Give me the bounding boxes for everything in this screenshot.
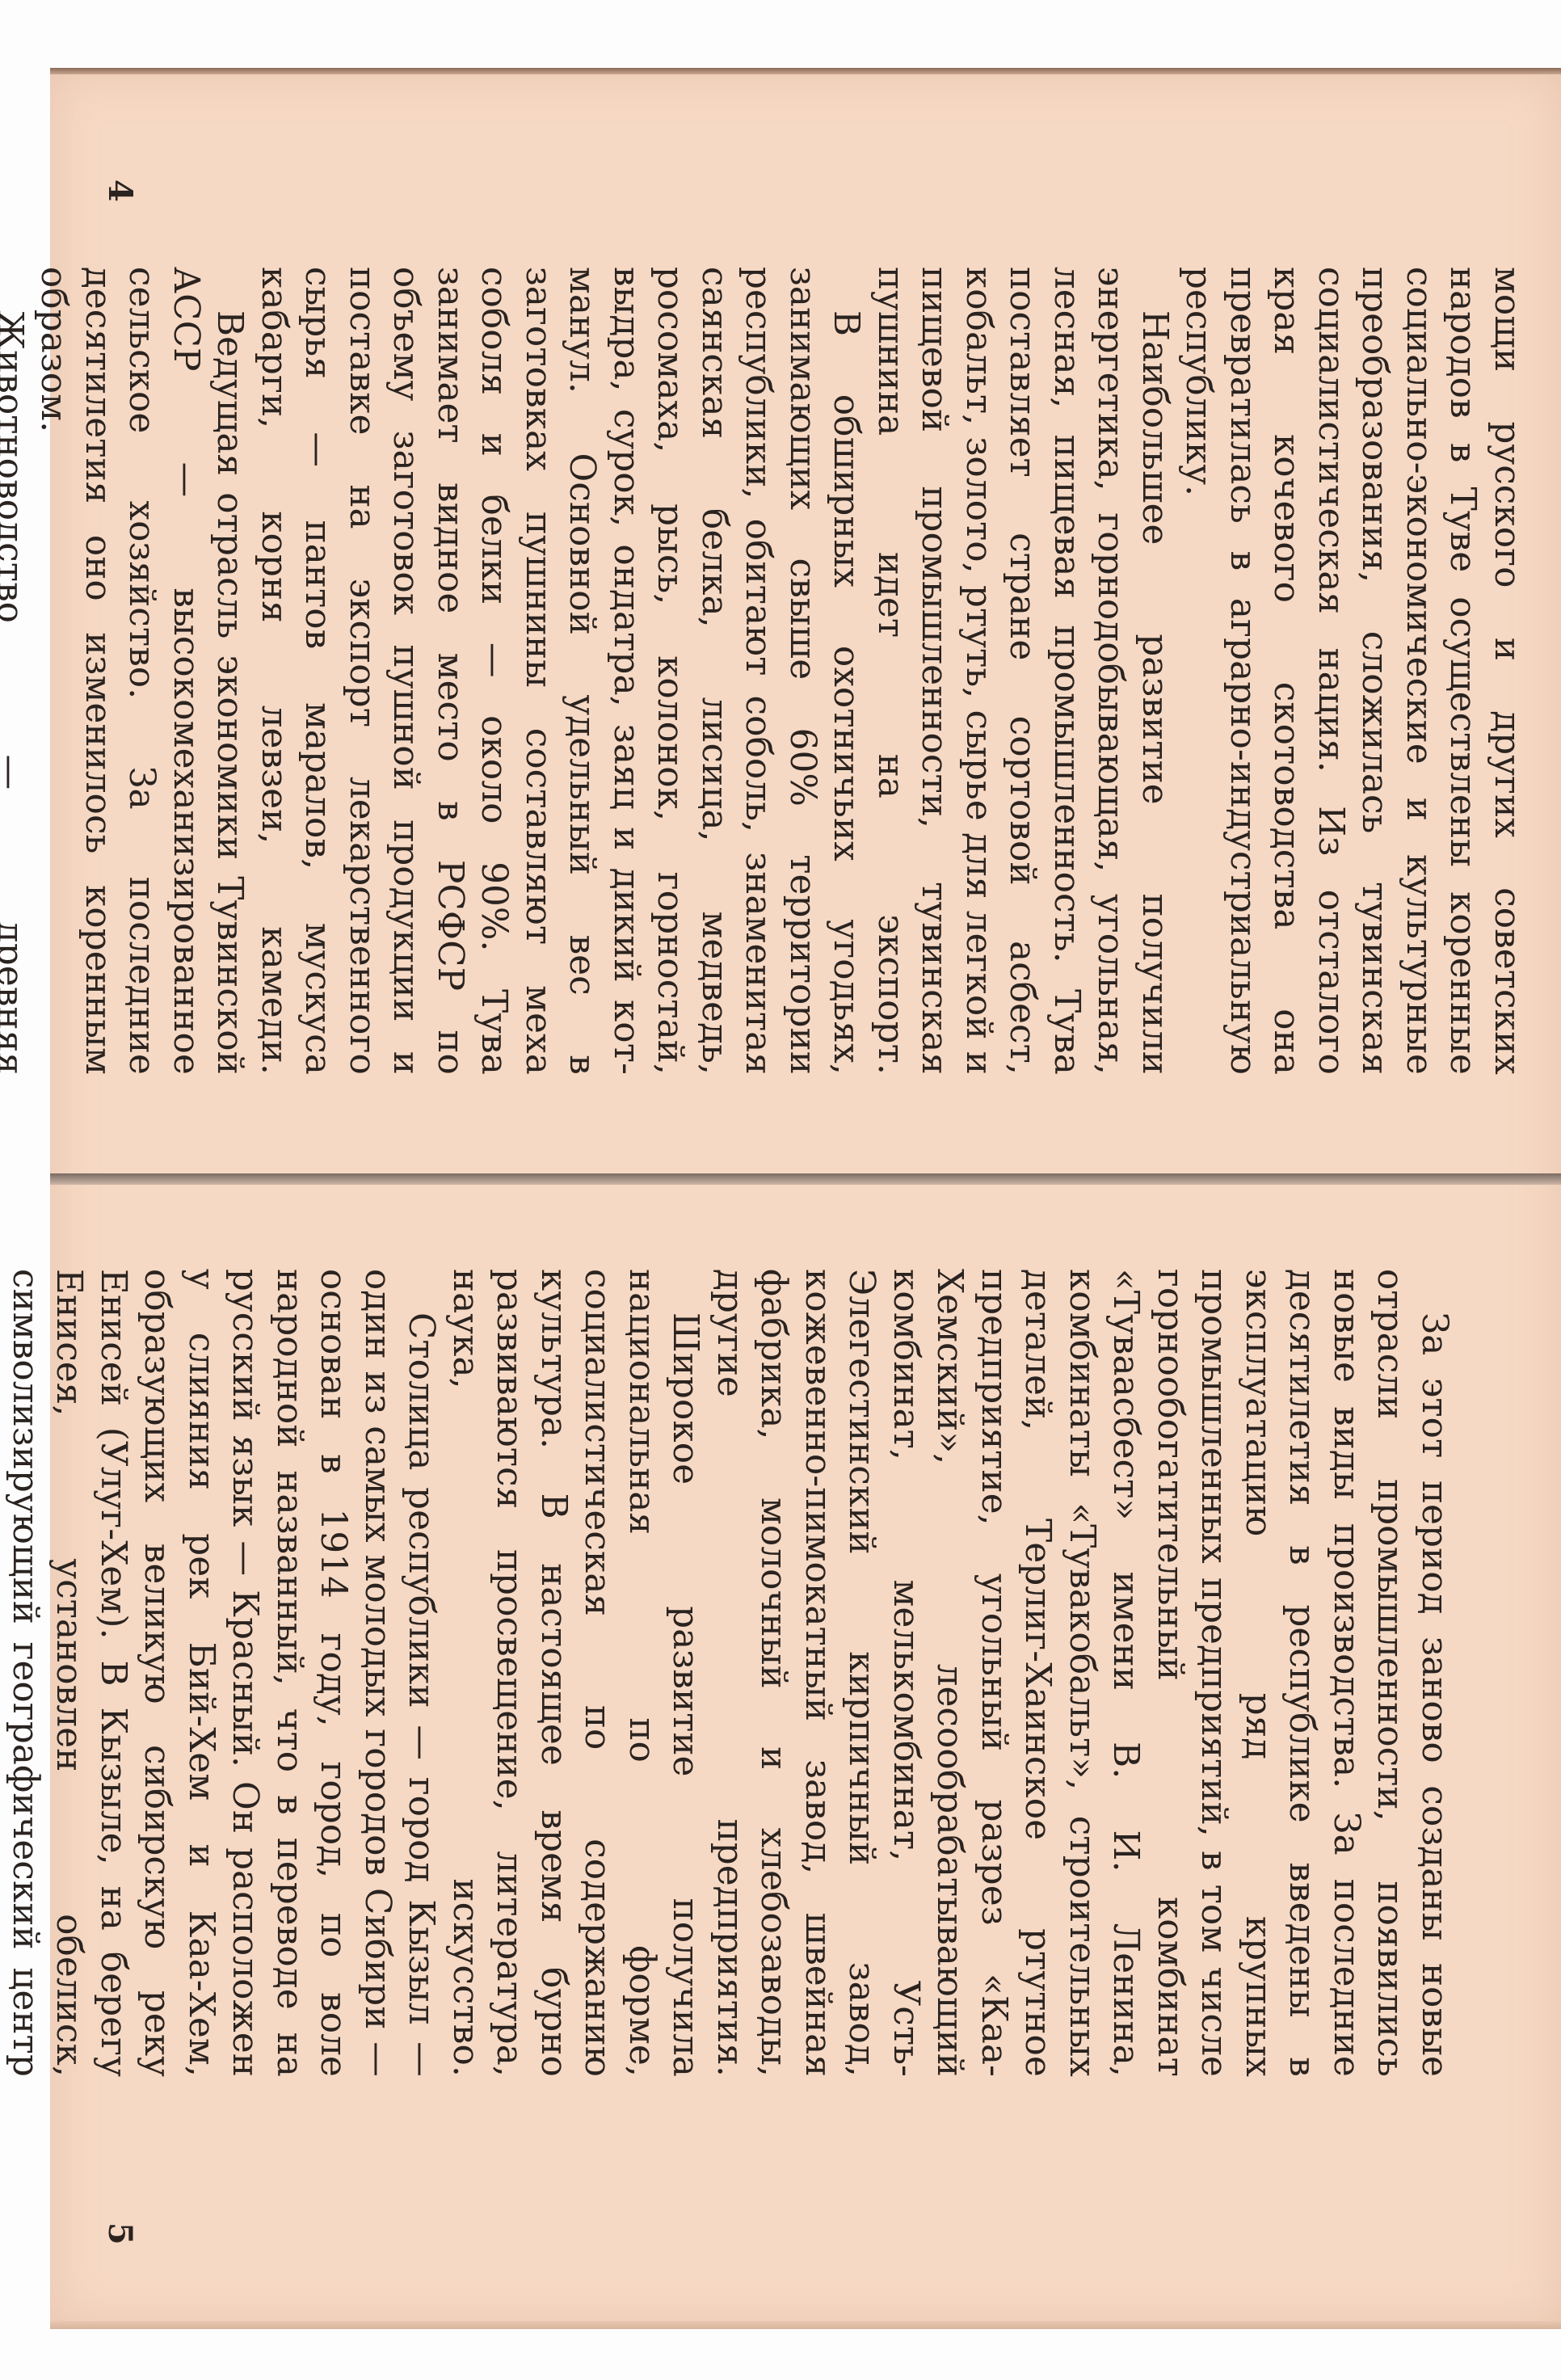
page-number: 5 xyxy=(101,2222,139,2245)
book-gutter xyxy=(50,1173,1561,1185)
paragraph: Животноводство — древняя традиционная от… xyxy=(0,267,32,1075)
page-4-body: мощи русского и других советских народов… xyxy=(0,267,1529,1075)
paragraph: Столица республики — город Кызыл — один … xyxy=(0,1269,444,2077)
page-edge-top xyxy=(50,68,1561,74)
paragraph: мощи русского и других советских народов… xyxy=(1176,267,1529,1075)
page-number: 4 xyxy=(101,179,139,202)
page-5: За этот период заново созданы новые отра… xyxy=(50,1188,1561,2319)
paragraph: Наибольшее развитие получили энергетика,… xyxy=(869,267,1177,1075)
page-edge-bottom xyxy=(50,2321,1561,2329)
page-5-body: За этот период заново созданы новые отра… xyxy=(0,1269,1456,2077)
paragraph: Широкое развитие получила национальная п… xyxy=(444,1269,708,2077)
paragraph: Ведущая отрасль экономики Тувинской АССР… xyxy=(32,267,252,1075)
page-4: мощи русского и других советских народов… xyxy=(50,74,1561,1173)
paragraph: В обширных охотничьих угодьях, занимающи… xyxy=(252,267,869,1075)
paragraph: За этот период заново созданы новые отра… xyxy=(708,1269,1457,2077)
